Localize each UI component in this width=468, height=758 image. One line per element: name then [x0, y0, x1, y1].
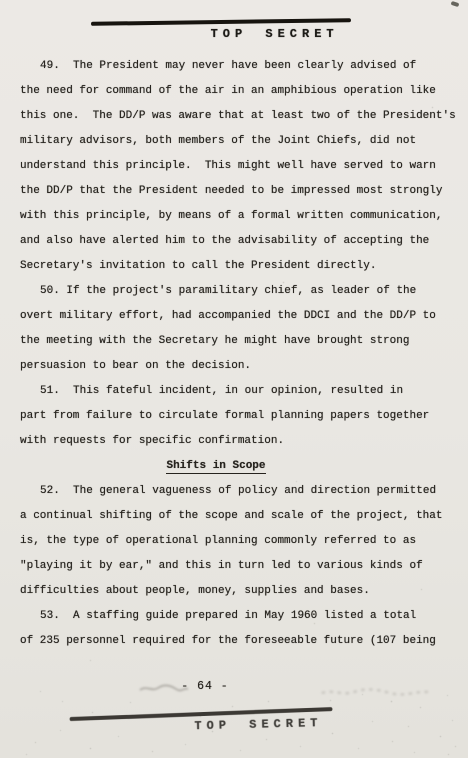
text-line: 51. This fateful incident, in our opinio…: [20, 379, 456, 404]
text-line: this one. The DD/P was aware that at lea…: [20, 104, 456, 129]
text-line: persuasion to bear on the decision.: [20, 354, 456, 379]
text-line: 52. The general vagueness of policy and …: [20, 479, 456, 504]
text-line: part from failure to circulate formal pl…: [20, 404, 456, 429]
text-line: and also have alerted him to the advisab…: [20, 229, 456, 254]
text-line: the DD/P that the President needed to be…: [20, 179, 456, 204]
text-line: military advisors, both members of the J…: [20, 129, 456, 154]
text-line: overt military effort, had accompanied t…: [20, 304, 456, 329]
text-line: "playing it by ear," and this in turn le…: [20, 554, 456, 579]
section-heading-text: Shifts in Scope: [166, 460, 265, 474]
section-heading: Shifts in Scope: [0, 454, 434, 479]
document-page: TOP SECRET 49. The President may never h…: [0, 0, 468, 758]
strikethrough-line: [91, 18, 351, 25]
scan-noise: [0, 0, 1, 1]
scan-mark: [451, 1, 460, 7]
text-line: the meeting with the Secretary he might …: [20, 329, 456, 354]
page-number: - 64 -: [0, 680, 410, 693]
text-line: understand this principle. This might we…: [20, 154, 456, 179]
text-line: with requests for specific confirmation.: [20, 429, 456, 454]
text-line: the need for command of the air in an am…: [20, 79, 456, 104]
classification-strike-wrap: TOP SECRET: [85, 702, 324, 758]
text-line: 53. A staffing guide prepared in May 196…: [20, 604, 456, 629]
text-line: of 235 personnel required for the forese…: [20, 629, 456, 654]
text-line: is, the type of operational planning com…: [20, 529, 456, 554]
text-line: 49. The President may never have been cl…: [20, 54, 456, 79]
text-line: difficulties about people, money, suppli…: [20, 579, 456, 604]
classification-text-top: TOP SECRET: [211, 27, 339, 41]
classification-text-bottom: TOP SECRET: [194, 716, 322, 733]
text-line: 50. If the project's paramilitary chief,…: [20, 279, 456, 304]
text-line: with this principle, by means of a forma…: [20, 204, 456, 229]
classification-banner-bottom: TOP SECRET: [0, 700, 409, 758]
text-line: Secretary's invitation to call the Presi…: [20, 254, 456, 279]
text-line: a continual shifting of the scope and sc…: [20, 504, 456, 529]
document-body: 49. The President may never have been cl…: [20, 54, 456, 654]
